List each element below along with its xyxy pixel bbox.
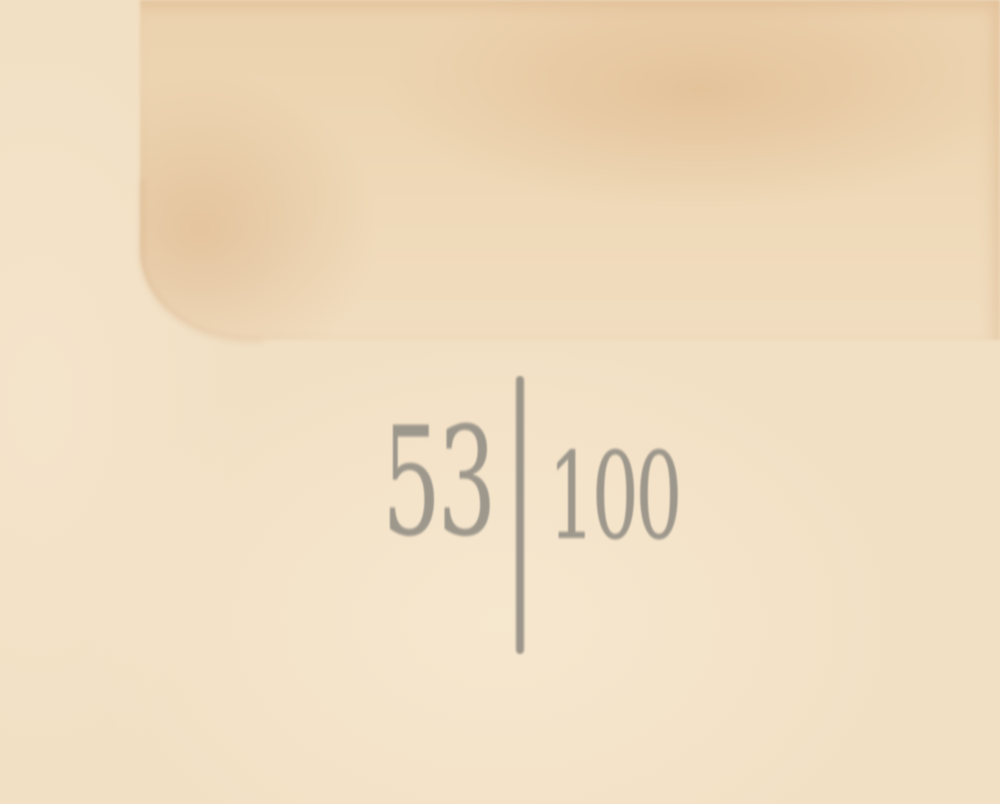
edition-slash	[516, 376, 524, 654]
edition-total: 100	[548, 438, 679, 558]
paper-stain	[140, 0, 1000, 340]
edition-number: 53 100	[380, 368, 700, 658]
edition-index: 53	[382, 408, 493, 558]
